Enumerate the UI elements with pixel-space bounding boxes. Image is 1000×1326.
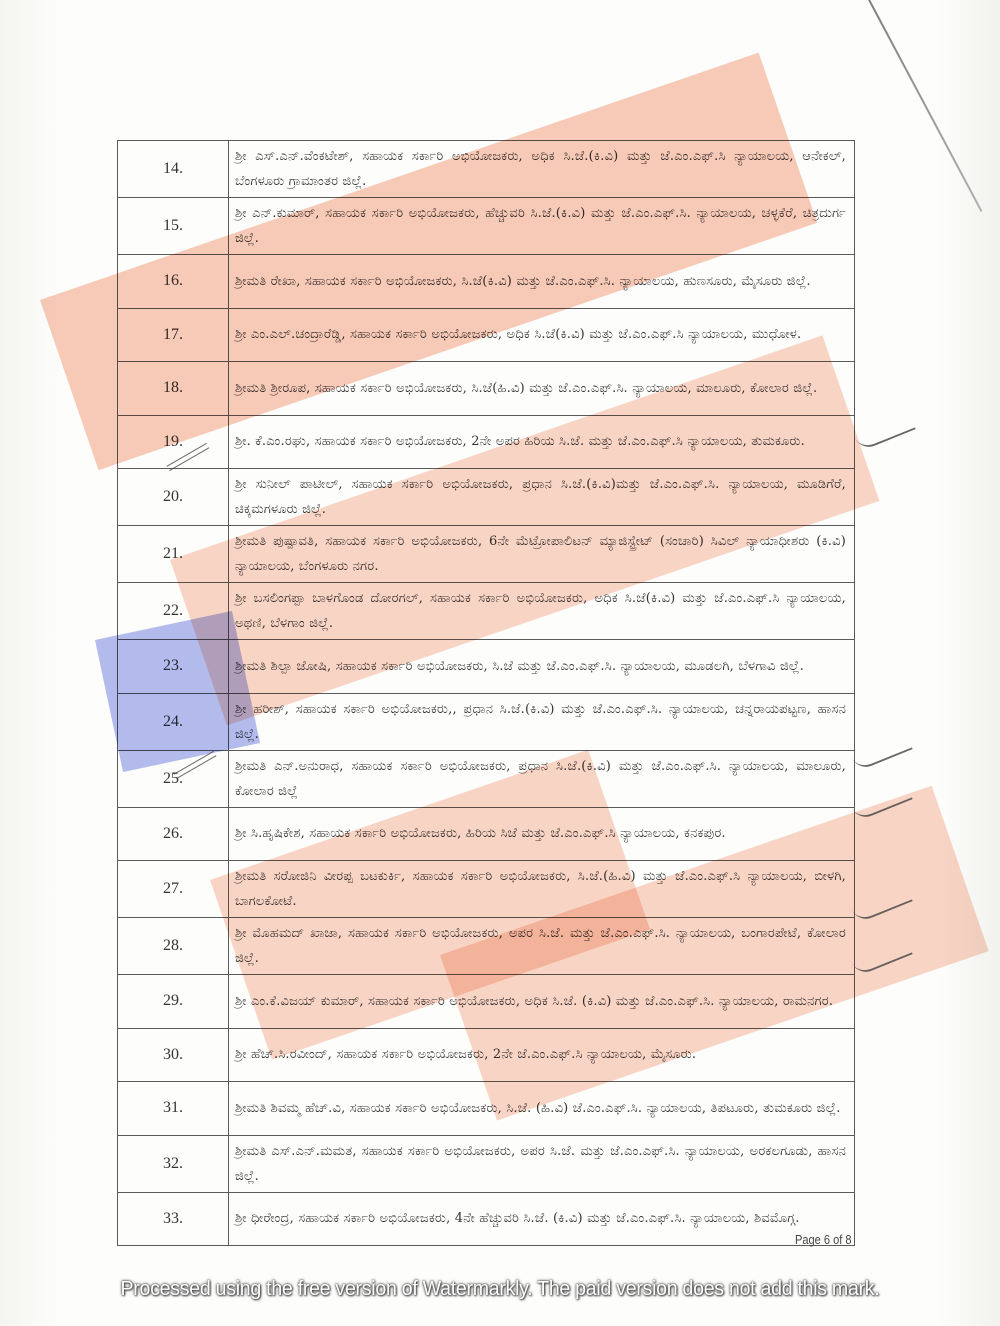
table-row: 15.ಶ್ರೀ ಎನ್.ಕುಮಾರ್, ಸಹಾಯಕ ಸರ್ಕಾರಿ ಅಭಿಯೋಜ… — [118, 198, 855, 255]
row-text: ಶ್ರೀ ಎಸ್.ಎನ್.ವೆಂಕಟೇಶ್, ಸಹಾಯಕ ಸರ್ಕಾರಿ ಅಭಿ… — [229, 141, 855, 198]
table-row: 17.ಶ್ರೀ ಎಂ.ಎಲ್.ಚಂದ್ರಾರೆಡ್ಡಿ, ಸಹಾಯಕ ಸರ್ಕಾ… — [118, 308, 855, 362]
row-number: 17. — [118, 308, 229, 362]
row-number: 26. — [118, 807, 229, 861]
table-row: 20.ಶ್ರೀ ಸುನೀಲ್ ಪಾಟೀಲ್, ಸಹಾಯಕ ಸರ್ಕಾರಿ ಅಭಿ… — [118, 469, 855, 526]
row-text: ಶ್ರೀಮತಿ ಪುಷ್ಪಾವತಿ, ಸಹಾಯಕ ಸರ್ಕಾರಿ ಅಭಿಯೋಜಕ… — [229, 526, 855, 583]
row-number: 33. — [118, 1192, 229, 1246]
row-text: ಶ್ರೀ ಧೀರೇಂದ್ರ, ಸಹಾಯಕ ಸರ್ಕಾರಿ ಅಭಿಯೋಜಕರು, … — [229, 1192, 855, 1246]
row-text: ಶ್ರೀ ಸುನೀಲ್ ಪಾಟೀಲ್, ಸಹಾಯಕ ಸರ್ಕಾರಿ ಅಭಿಯೋಜ… — [229, 469, 855, 526]
row-text: ಶ್ರೀ ಹೆಚ್.ಸಿ.ರವೀಂದ್, ಸಹಾಯಕ ಸರ್ಕಾರಿ ಅಭಿಯೋ… — [229, 1028, 855, 1082]
row-text: ಶ್ರೀಮತಿ ಶಿವಮ್ಮ ಹೆಚ್.ವಿ, ಸಹಾಯಕ ಸರ್ಕಾರಿ ಅಭ… — [229, 1082, 855, 1136]
row-text: ಶ್ರೀಮತಿ ರೇಖಾ, ಸಹಾಯಕ ಸರ್ಕಾರಿ ಅಭಿಯೋಜಕರು, ಸ… — [229, 255, 855, 309]
table-row: 22.ಶ್ರೀ ಬಸಲಿಂಗಪ್ಪಾ ಬಾಳಗೊಂಡ ದೋರಗಲ್, ಸಹಾಯಕ… — [118, 583, 855, 640]
row-number: 29. — [118, 975, 229, 1029]
prosecutor-list-table: 14.ಶ್ರೀ ಎಸ್.ಎನ್.ವೆಂಕಟೇಶ್, ಸಹಾಯಕ ಸರ್ಕಾರಿ … — [117, 140, 855, 1246]
row-number: 18. — [118, 362, 229, 416]
row-number: 15. — [118, 198, 229, 255]
row-text: ಶ್ರೀಮತಿ ಎನ್.ಅನುರಾಧ, ಸಹಾಯಕ ಸರ್ಕಾರಿ ಅಭಿಯೋಜ… — [229, 750, 855, 807]
row-number: 28. — [118, 918, 229, 975]
table-row: 29.ಶ್ರೀ ಎಂ.ಕೆ.ವಿಜಯ್ ಕುಮಾರ್, ಸಹಾಯಕ ಸರ್ಕಾರ… — [118, 975, 855, 1029]
row-text: ಶ್ರೀ ಎನ್.ಕುಮಾರ್, ಸಹಾಯಕ ಸರ್ಕಾರಿ ಅಭಿಯೋಜಕರು… — [229, 198, 855, 255]
table-row: 28.ಶ್ರೀ ಮೊಹಮದ್ ಖಾಜಾ, ಸಹಾಯಕ ಸರ್ಕಾರಿ ಅಭಿಯೋ… — [118, 918, 855, 975]
row-text: ಶ್ರೀ ಹರೀಶ್, ಸಹಾಯಕ ಸರ್ಕಾರಿ ಅಭಿಯೋಜಕರು,, ಪ್… — [229, 693, 855, 750]
table-row: 27.ಶ್ರೀಮತಿ ಸರೋಜಿನಿ ವೀರಪ್ಪ ಬಟಕುರ್ಕಿ, ಸಹಾಯ… — [118, 861, 855, 918]
row-number: 21. — [118, 526, 229, 583]
prosecutor-list-table-container: 14.ಶ್ರೀ ಎಸ್.ಎನ್.ವೆಂಕಟೇಶ್, ಸಹಾಯಕ ಸರ್ಕಾರಿ … — [117, 140, 855, 1246]
table-row: 24.ಶ್ರೀ ಹರೀಶ್, ಸಹಾಯಕ ಸರ್ಕಾರಿ ಅಭಿಯೋಜಕರು,,… — [118, 693, 855, 750]
row-text: ಶ್ರೀ. ಕೆ.ಎಂ.ರಘು, ಸಹಾಯಕ ಸರ್ಕಾರಿ ಅಭಿಯೋಜಕರು… — [229, 415, 855, 469]
row-text: ಶ್ರೀಮತಿ ಶಿಲ್ಪಾ ಜೋಷಿ, ಸಹಾಯಕ ಸರ್ಕಾರಿ ಅಭಿಯೋ… — [229, 640, 855, 694]
table-row: 30.ಶ್ರೀ ಹೆಚ್.ಸಿ.ರವೀಂದ್, ಸಹಾಯಕ ಸರ್ಕಾರಿ ಅಭ… — [118, 1028, 855, 1082]
row-text: ಶ್ರೀ ಬಸಲಿಂಗಪ್ಪಾ ಬಾಳಗೊಂಡ ದೋರಗಲ್, ಸಹಾಯಕ ಸರ… — [229, 583, 855, 640]
row-number: 31. — [118, 1082, 229, 1136]
row-text: ಶ್ರೀಮತಿ ಎಸ್.ಎನ್.ಮಮತ, ಸಹಾಯಕ ಸರ್ಕಾರಿ ಅಭಿಯೋ… — [229, 1135, 855, 1192]
row-number: 23. — [118, 640, 229, 694]
row-number: 30. — [118, 1028, 229, 1082]
row-number: 24. — [118, 693, 229, 750]
table-row: 18.ಶ್ರೀಮತಿ ಶ್ರೀರೂಪ, ಸಹಾಯಕ ಸರ್ಕಾರಿ ಅಭಿಯೋಜ… — [118, 362, 855, 416]
table-row: 19.ಶ್ರೀ. ಕೆ.ಎಂ.ರಘು, ಸಹಾಯಕ ಸರ್ಕಾರಿ ಅಭಿಯೋಜ… — [118, 415, 855, 469]
row-text: ಶ್ರೀಮತಿ ಶ್ರೀರೂಪ, ಸಹಾಯಕ ಸರ್ಕಾರಿ ಅಭಿಯೋಜಕರು… — [229, 362, 855, 416]
page-number: Page 6 of 8 — [795, 1232, 852, 1247]
table-row: 26.ಶ್ರೀ ಸಿ.ಹೃಷಿಕೇಶ, ಸಹಾಯಕ ಸರ್ಕಾರಿ ಅಭಿಯೋಜ… — [118, 807, 855, 861]
table-row: 33.ಶ್ರೀ ಧೀರೇಂದ್ರ, ಸಹಾಯಕ ಸರ್ಕಾರಿ ಅಭಿಯೋಜಕರ… — [118, 1192, 855, 1246]
table-row: 21.ಶ್ರೀಮತಿ ಪುಷ್ಪಾವತಿ, ಸಹಾಯಕ ಸರ್ಕಾರಿ ಅಭಿಯ… — [118, 526, 855, 583]
row-number: 14. — [118, 141, 229, 198]
table-row: 14.ಶ್ರೀ ಎಸ್.ಎನ್.ವೆಂಕಟೇಶ್, ಸಹಾಯಕ ಸರ್ಕಾರಿ … — [118, 141, 855, 198]
table-row: 25.ಶ್ರೀಮತಿ ಎನ್.ಅನುರಾಧ, ಸಹಾಯಕ ಸರ್ಕಾರಿ ಅಭಿ… — [118, 750, 855, 807]
row-number: 16. — [118, 255, 229, 309]
watermark-notice: Processed using the free version of Wate… — [10, 1278, 990, 1301]
row-number: 32. — [118, 1135, 229, 1192]
row-text: ಶ್ರೀಮತಿ ಸರೋಜಿನಿ ವೀರಪ್ಪ ಬಟಕುರ್ಕಿ, ಸಹಾಯಕ ಸ… — [229, 861, 855, 918]
row-text: ಶ್ರೀ ಎಂ.ಕೆ.ವಿಜಯ್ ಕುಮಾರ್, ಸಹಾಯಕ ಸರ್ಕಾರಿ ಅ… — [229, 975, 855, 1029]
row-number: 27. — [118, 861, 229, 918]
table-row: 16.ಶ್ರೀಮತಿ ರೇಖಾ, ಸಹಾಯಕ ಸರ್ಕಾರಿ ಅಭಿಯೋಜಕರು… — [118, 255, 855, 309]
row-text: ಶ್ರೀ ಸಿ.ಹೃಷಿಕೇಶ, ಸಹಾಯಕ ಸರ್ಕಾರಿ ಅಭಿಯೋಜಕರು… — [229, 807, 855, 861]
row-text: ಶ್ರೀ ಮೊಹಮದ್ ಖಾಜಾ, ಸಹಾಯಕ ಸರ್ಕಾರಿ ಅಭಿಯೋಜಕರ… — [229, 918, 855, 975]
row-number: 22. — [118, 583, 229, 640]
row-number: 20. — [118, 469, 229, 526]
table-row: 32.ಶ್ರೀಮತಿ ಎಸ್.ಎನ್.ಮಮತ, ಸಹಾಯಕ ಸರ್ಕಾರಿ ಅಭ… — [118, 1135, 855, 1192]
table-row: 23.ಶ್ರೀಮತಿ ಶಿಲ್ಪಾ ಜೋಷಿ, ಸಹಾಯಕ ಸರ್ಕಾರಿ ಅಭ… — [118, 640, 855, 694]
row-number: 19. — [118, 415, 229, 469]
row-text: ಶ್ರೀ ಎಂ.ಎಲ್.ಚಂದ್ರಾರೆಡ್ಡಿ, ಸಹಾಯಕ ಸರ್ಕಾರಿ … — [229, 308, 855, 362]
table-row: 31.ಶ್ರೀಮತಿ ಶಿವಮ್ಮ ಹೆಚ್.ವಿ, ಸಹಾಯಕ ಸರ್ಕಾರಿ… — [118, 1082, 855, 1136]
